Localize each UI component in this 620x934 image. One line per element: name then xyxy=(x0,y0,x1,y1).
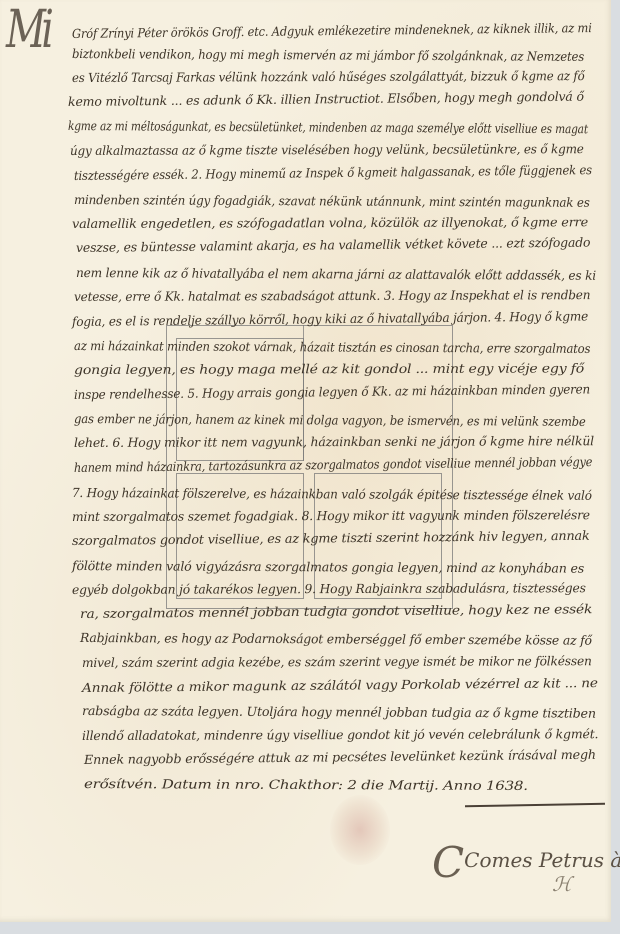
manuscript-line: mivel, szám szerint adgia kezébe, es szá… xyxy=(82,653,592,670)
manuscript-line: vetesse, erre ő Kk. hatalmat es szabadsá… xyxy=(74,287,590,304)
manuscript-line: 7. Hogy házainkat fölszerelve, es házain… xyxy=(72,485,592,503)
manuscript-line: lehet. 6. Hogy mikor itt nem vagyunk, há… xyxy=(74,433,594,450)
manuscript-line: az mi házainkat minden szokot várnak, há… xyxy=(74,338,590,356)
manuscript-line: illendő alladatokat, mindenre úgy visell… xyxy=(82,726,598,743)
manuscript-line: mint szorgalmatos szemet fogadgiak. 8. H… xyxy=(72,507,590,524)
manuscript-line: Ennek nagyobb erősségére attuk az mi pec… xyxy=(84,747,596,767)
manuscript-line: gongia legyen, es hogy maga mellé az kit… xyxy=(74,360,584,377)
manuscript-line: erősítvén. Datum in nro. Chakthor: 2 die… xyxy=(84,776,528,793)
manuscript-line: fogia, es el is rendelje szállyo körről,… xyxy=(72,308,588,329)
manuscript-line: fölötte minden való vigyázásra szorgalma… xyxy=(72,558,584,576)
manuscript-line: nem lenne kik az ő hivatallyába el nem a… xyxy=(76,265,596,283)
manuscript-line: egyéb dolgokban jó takarékos legyen. 9. … xyxy=(72,580,586,597)
manuscript-line: tisztességére essék. 2. Hogy minemű az I… xyxy=(74,162,592,183)
signature: CComes Petrus à Zrin xyxy=(432,838,620,887)
manuscript-line: Rabjainkban, es hogy az Podarnokságot em… xyxy=(80,630,592,648)
manuscript-line: ra, szorgalmatos mennél jobban tudgia go… xyxy=(80,601,592,621)
seal-stain xyxy=(330,795,390,865)
salutation-initial: Mi xyxy=(6,0,49,60)
manuscript-line: szorgalmatos gondot viselliue, es az kgm… xyxy=(72,528,590,548)
manuscript-line: mindenben szintén úgy fogadgiák, szavat … xyxy=(74,192,590,210)
paraph-flourish: ℋ xyxy=(552,872,572,896)
manuscript-line: kgme az mi méltoságunkat, es becsületünk… xyxy=(68,118,588,136)
manuscript-line: Gróf Zrínyi Péter örökös Groff. etc. Adg… xyxy=(72,20,592,41)
manuscript-line: veszse, es büntesse valamint akarja, es … xyxy=(76,235,590,255)
manuscript-line: es Vitézlő Tarcsaj Farkas vélünk hozzánk… xyxy=(72,68,585,85)
signature-rule xyxy=(465,803,605,807)
manuscript-line: gas ember ne járjon, hanem az kinek mi d… xyxy=(74,411,586,429)
manuscript-page: Mi Gróf Zrínyi Péter örökös Groff. etc. … xyxy=(0,0,611,922)
manuscript-line: valamellik engedetlen, es szófogadatlan … xyxy=(72,214,588,231)
signature-text: Comes Petrus à Zrin xyxy=(464,848,620,872)
manuscript-line: Annak fölötte a mikor magunk az szálától… xyxy=(82,675,598,695)
manuscript-line: rabságba az száta legyen. Utoljára hogy … xyxy=(82,703,596,721)
manuscript-line: biztonkbeli vendikon, hogy mi megh ismer… xyxy=(72,46,584,64)
manuscript-line: hanem mind házainkra, tartozásunkra az s… xyxy=(74,454,592,475)
manuscript-line: kemo mivoltunk ... es adunk ő Kk. illien… xyxy=(68,89,584,109)
manuscript-line: úgy alkalmaztassa az ő kgme tiszte visel… xyxy=(70,141,584,158)
manuscript-line: inspe rendelhesse. 5. Hogy arrais gongia… xyxy=(74,381,590,402)
